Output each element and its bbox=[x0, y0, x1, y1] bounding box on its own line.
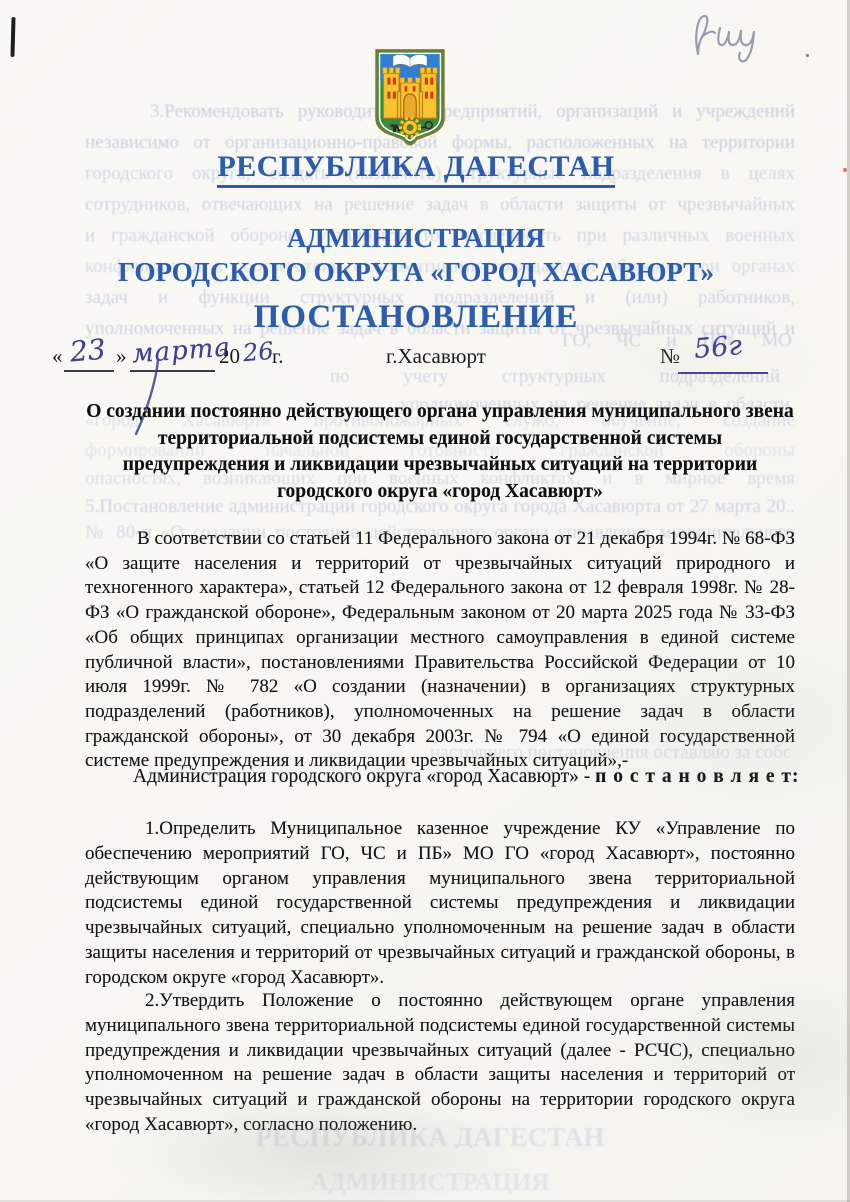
administration-line1: АДМИНИСТРАЦИЯ bbox=[0, 221, 841, 255]
administration-title: АДМИНИСТРАЦИЯ ГОРОДСКОГО ОКРУГА «ГОРОД Х… bbox=[0, 221, 841, 289]
scan-speck bbox=[806, 54, 809, 57]
handwritten-number: 56г bbox=[693, 330, 744, 365]
corner-handwritten-mark bbox=[682, 6, 778, 70]
number-sign: № bbox=[660, 344, 680, 369]
bleedthrough-line: АДМИНИСТРАЦИЯ bbox=[290, 1172, 570, 1194]
republic-title: РЕСПУБЛИКА ДАГЕСТАН bbox=[0, 150, 841, 184]
year-suffix: г. bbox=[272, 344, 284, 369]
document-type-title: ПОСТАНОВЛЕНИЕ bbox=[0, 299, 841, 336]
number-blank-line bbox=[678, 371, 768, 374]
year-prefix: 20 bbox=[219, 344, 240, 369]
subject-title: О создании постоянно действующего органа… bbox=[85, 399, 795, 505]
gate-arch bbox=[404, 94, 416, 118]
document-page: 3.Рекомендовать руководителям предприяти… bbox=[0, 0, 850, 1202]
pen-mark-vertical bbox=[10, 17, 15, 57]
right-tower bbox=[421, 73, 437, 118]
bleedthrough-line: сотрудников, отвечающих на решение задач… bbox=[85, 194, 795, 216]
resolution-item-2: 2.Утвердить Положение о постоянно действ… bbox=[85, 989, 795, 1138]
preamble-paragraph: В соответствии со статьей 11 Федеральног… bbox=[85, 527, 795, 774]
resolution-verb: п о с т а н о в л я е т: bbox=[595, 766, 799, 787]
handwritten-day: 23 bbox=[69, 333, 107, 369]
administration-line2: ГОРОДСКОГО ОКРУГА «ГОРОД ХАСАВЮРТ» bbox=[0, 255, 841, 289]
left-tower bbox=[383, 73, 399, 118]
quote-open: « bbox=[52, 344, 63, 369]
resolution-item-1: 1.Определить Муниципальное казенное учре… bbox=[85, 817, 795, 991]
bleedthrough-line: 3.Рекомендовать руководителям предприяти… bbox=[150, 101, 795, 123]
resolution-intro: Администрация городского округа «город Х… bbox=[133, 766, 590, 787]
resolution-line: Администрация городского округа «город Х… bbox=[85, 766, 843, 788]
handwritten-year: 26 bbox=[242, 337, 275, 368]
khasavyurt-coat-of-arms bbox=[371, 45, 449, 157]
city-label: г.Хасавюрт bbox=[386, 344, 486, 369]
day-blank-line bbox=[64, 369, 114, 372]
